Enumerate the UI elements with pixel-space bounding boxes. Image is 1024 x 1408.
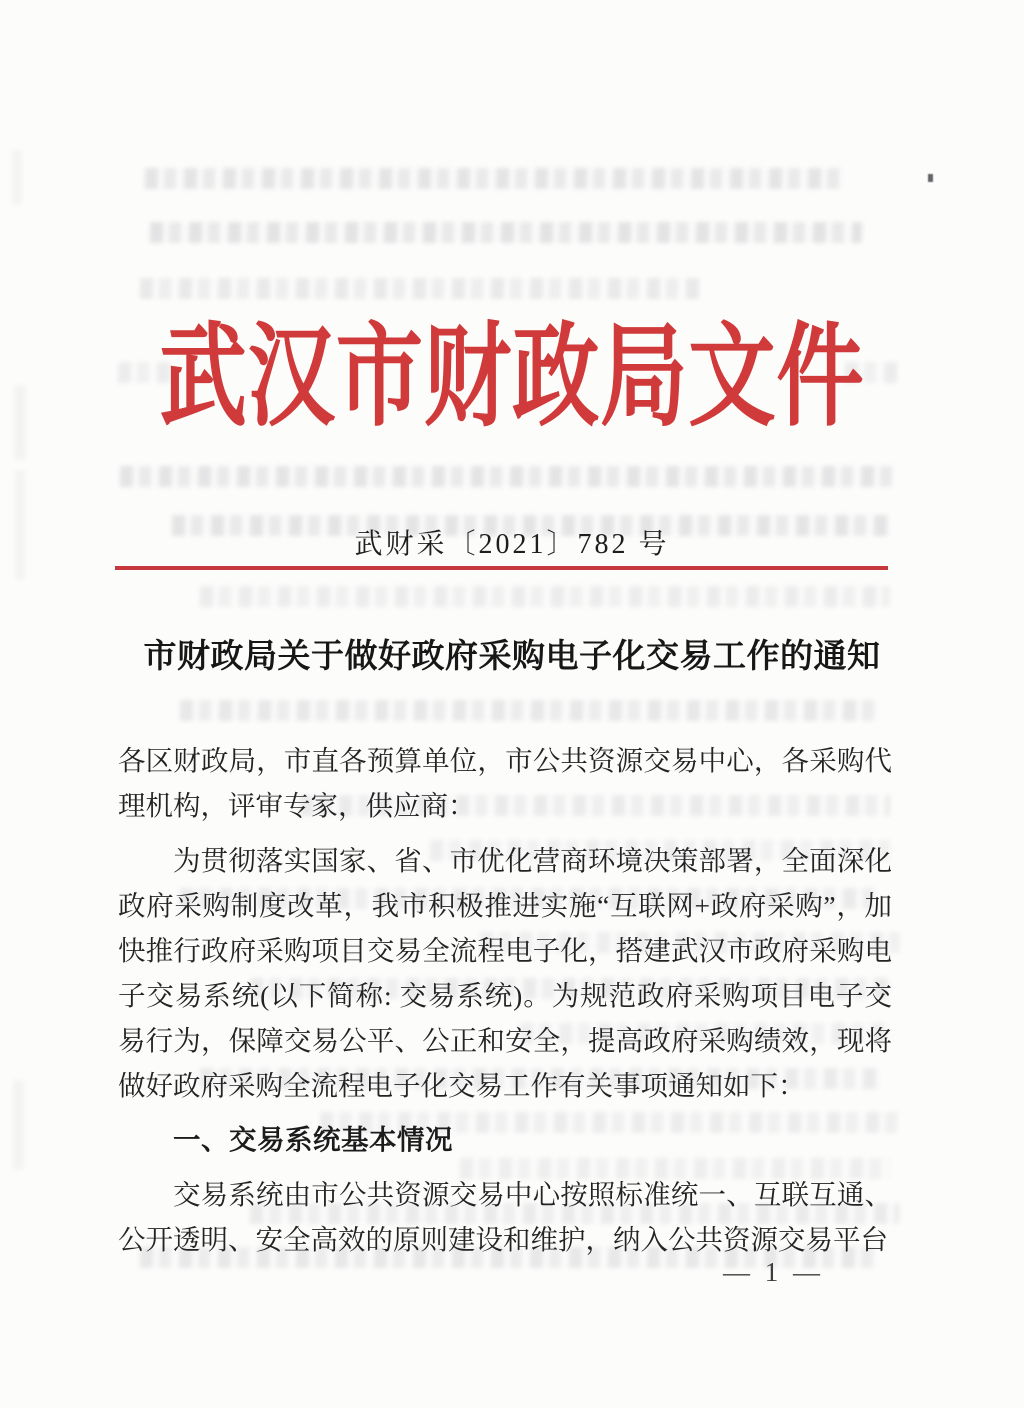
bleed-through-smudge bbox=[150, 222, 863, 243]
document-page: 武汉市财政局文件 武财采〔2021〕782 号 市财政局关于做好政府采购电子化交… bbox=[0, 0, 1024, 1408]
scan-artifact bbox=[928, 174, 933, 182]
document-body: 各区财政局，市直各预算单位，市公共资源交易中心，各采购代理机构，评审专家，供应商… bbox=[118, 738, 892, 1262]
scan-edge-smudge bbox=[14, 385, 26, 460]
salutation: 各区财政局，市直各预算单位，市公共资源交易中心，各采购代理机构，评审专家，供应商… bbox=[118, 738, 892, 828]
letterhead-divider-rule bbox=[115, 566, 888, 570]
document-number: 武财采〔2021〕782 号 bbox=[0, 522, 1024, 562]
bleed-through-smudge bbox=[140, 278, 701, 299]
scan-edge-smudge bbox=[12, 150, 22, 205]
bleed-through-smudge bbox=[145, 168, 846, 189]
bleed-through-smudge bbox=[200, 586, 891, 607]
section-heading: 一、交易系统基本情况 bbox=[118, 1117, 892, 1162]
agency-letterhead-title: 武汉市财政局文件 bbox=[113, 318, 912, 438]
body-paragraph: 交易系统由市公共资源交易中心按照标准统一、互联互通、公开透明、安全高效的原则建设… bbox=[118, 1172, 892, 1262]
body-paragraph: 为贯彻落实国家、省、市优化营商环境决策部署，全面深化政府采购制度改革，我市积极推… bbox=[118, 838, 892, 1108]
bleed-through-smudge bbox=[180, 700, 881, 721]
bleed-through-smudge bbox=[120, 466, 893, 487]
page-number: — 1 — bbox=[723, 1257, 824, 1288]
document-title: 市财政局关于做好政府采购电子化交易工作的通知 bbox=[0, 630, 1024, 677]
scan-edge-smudge bbox=[13, 1080, 24, 1170]
